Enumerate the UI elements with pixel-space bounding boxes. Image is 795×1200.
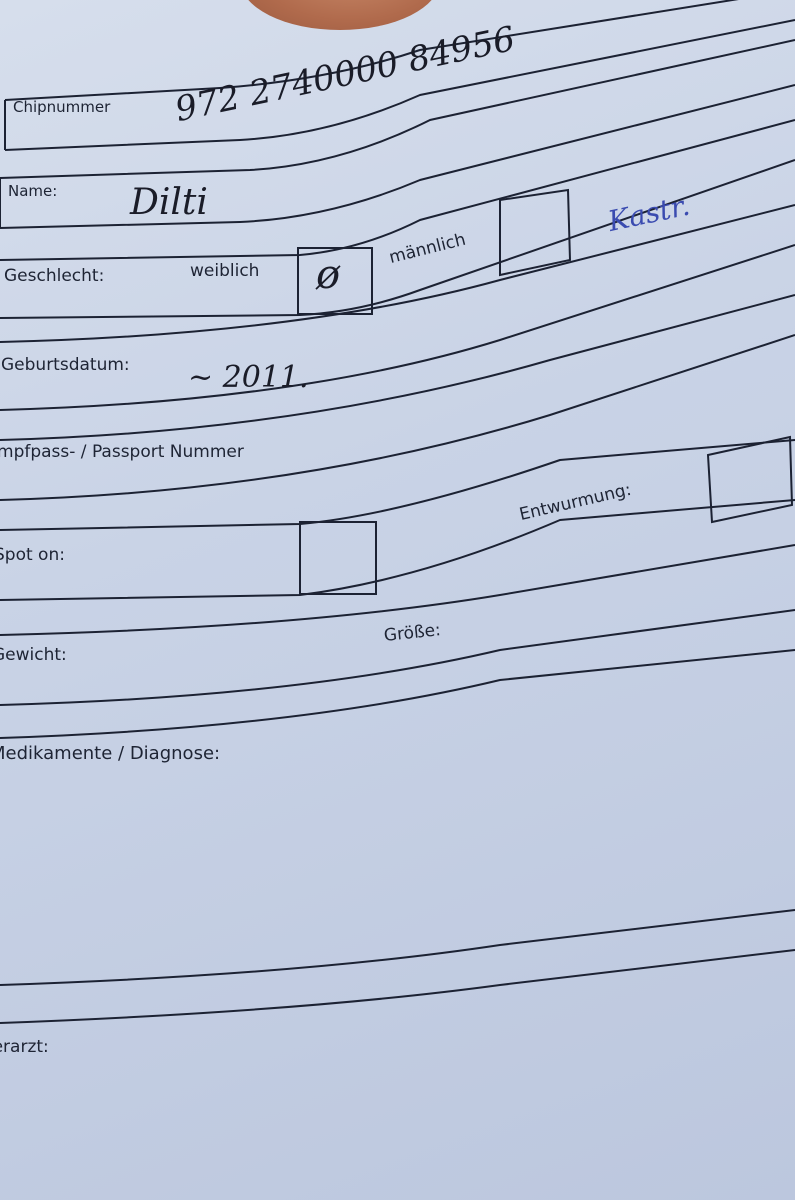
birth-value[interactable]: ~ 2011. [188, 360, 309, 395]
name-label: Name: [8, 182, 57, 200]
birth-label: Geburtsdatum: [1, 355, 130, 375]
sex-female-label: weiblich [190, 261, 259, 281]
sex-female-checkbox[interactable]: ø [316, 252, 340, 298]
spot-on-checkbox[interactable] [300, 522, 376, 594]
medication-label: Medikamente / Diagnose: [0, 743, 220, 764]
sex-label: Geschlecht: [4, 266, 104, 286]
chip-label: Chipnummer [13, 98, 110, 116]
vet-label: Tierarzt: [0, 1037, 49, 1057]
passport-label: Impfpass- / Passport Nummer [0, 442, 244, 462]
name-value[interactable]: Dilti [130, 182, 208, 223]
form-lines [0, 0, 795, 1200]
weight-label: Gewicht: [0, 645, 67, 665]
deworming-checkbox[interactable] [710, 440, 790, 515]
spot-on-label: Spot on: [0, 545, 65, 565]
